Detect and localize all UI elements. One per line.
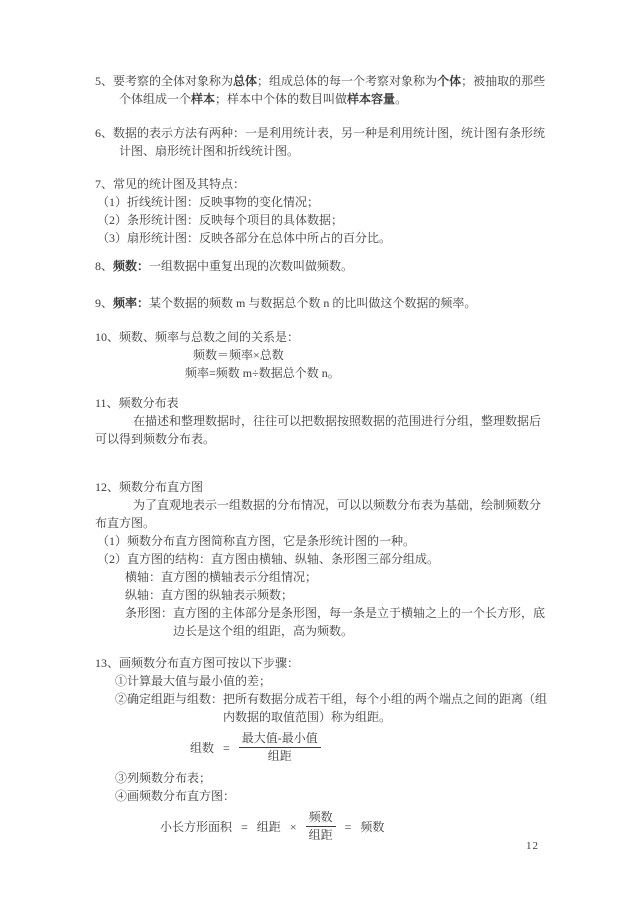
item-title: 画频数分布直方图可按以下步骤： [119, 656, 299, 670]
sub-point-1: （1）频数分布直方图简称直方图，它是条形统计图的一种。 [97, 532, 550, 550]
list-item-5: 5、要考察的全体对象称为总体；组成总体的每一个考察对象称为个体；被抽取的那些个体… [95, 72, 550, 108]
page-number: 12 [526, 837, 539, 855]
item-number: 9、 [95, 296, 113, 310]
step-2: ②确定组距与组数：把所有数据分成若干组，每个小组的两个端点之间的距离（组内数据的… [115, 690, 550, 726]
item-number: 11、 [95, 396, 119, 410]
list-item-6: 6、数据的表示方法有两种：一是利用统计表，另一种是利用统计图，统计图有条形统计图… [95, 124, 550, 160]
fraction-denominator: 组距 [306, 827, 336, 844]
item-text: 数据的表示方法有两种：一是利用统计表，另一种是利用统计图，统计图有条形统计图、扇… [113, 126, 545, 158]
step-3: ③列频数分布表； [115, 769, 550, 787]
axis-label: 横轴： [125, 570, 161, 584]
multiply-sign: × [290, 818, 297, 836]
fraction: 频数 组距 [306, 809, 336, 844]
list-item-12: 12、频数分布直方图 为了直观地表示一组数据的分布情况，可以以频数分布表为基础，… [95, 478, 550, 640]
item-number: 5、 [95, 74, 113, 88]
term-label: 频率： [113, 296, 149, 310]
item-title-line: 11、频数分布表 [95, 394, 550, 412]
item-title: 频数、频率与总数之间的关系是： [119, 330, 299, 344]
list-item-11: 11、频数分布表 在描述和整理数据时，往往可以把数据按照数据的范围进行分组，整理… [95, 394, 550, 448]
item-number: 13、 [95, 656, 119, 670]
item-title: 频数分布直方图 [119, 480, 203, 494]
axis-y-line: 纵轴：直方图的纵轴表示频数； [125, 586, 550, 604]
sub-point-2: （2）条形统计图：反映每个项目的具体数据； [97, 211, 550, 229]
item-number: 8、 [95, 259, 113, 273]
bar-label: 条形图： [125, 606, 173, 620]
bar-chart-line: 条形图：直方图的主体部分是条形图，每一条是立于横轴之上的一个长方形，底边长是这个… [125, 604, 550, 640]
axis-label: 纵轴： [125, 588, 161, 602]
rectangle-area-formula: 小长方形面积 = 组距 × 频数 组距 = 频数 [160, 809, 550, 844]
sub-point-3: （3）扇形统计图：反映各部分在总体中所占的百分比。 [97, 229, 550, 247]
sub-point-2: （2）直方图的结构：直方图由横轴、纵轴、条形图三部分组成。 [97, 550, 550, 568]
axis-text: 直方图的纵轴表示频数； [161, 588, 293, 602]
list-item-7: 7、常见的统计图及其特点： （1）折线统计图：反映事物的变化情况； （2）条形统… [95, 175, 550, 247]
item-text: 某个数据的频数 m 与数据总个数 n 的比叫做这个数据的频率。 [149, 296, 476, 310]
list-item-8: 8、频数：一组数据中重复出现的次数叫做频数。 [95, 257, 550, 275]
fraction: 最大值-最小值 组距 [239, 730, 321, 765]
equals-sign: = [241, 818, 248, 836]
item-title: 频数分布表 [119, 396, 179, 410]
formula-line-1: 频数＝频率×总数 [193, 346, 550, 364]
item-number: 6、 [95, 126, 113, 140]
step-label: ②确定组距与组数： [115, 692, 223, 706]
fraction-numerator: 最大值-最小值 [239, 730, 321, 748]
notes-content: 5、要考察的全体对象称为总体；组成总体的每一个考察对象称为个体；被抽取的那些个体… [95, 72, 550, 848]
item-title-line: 13、画频数分布直方图可按以下步骤： [95, 654, 550, 672]
formula-term: 组距 [257, 818, 281, 836]
document-page: 5、要考察的全体对象称为总体；组成总体的每一个考察对象称为个体；被抽取的那些个体… [0, 0, 640, 905]
item-number: 7、 [95, 177, 113, 191]
item-text: 要考察的全体对象称为总体；组成总体的每一个考察对象称为个体；被抽取的那些个体组成… [113, 74, 545, 106]
step-1: ①计算最大值与最小值的差； [115, 672, 550, 690]
step-text: 把所有数据分成若干组，每个小组的两个端点之间的距离（组内数据的取值范围）称为组距… [223, 692, 547, 724]
axis-x-line: 横轴：直方图的横轴表示分组情况； [125, 568, 550, 586]
item-title: 常见的统计图及其特点： [113, 177, 245, 191]
formula-line-2: 频率=频数 m÷数据总个数 n。 [185, 364, 550, 382]
group-count-formula: 组数 = 最大值-最小值 组距 [190, 730, 550, 765]
sub-point-1: （1）折线统计图：反映事物的变化情况； [97, 193, 550, 211]
fraction-denominator: 组距 [265, 748, 295, 765]
item-paragraph: 在描述和整理数据时，往往可以把数据按照数据的范围进行分组，整理数据后可以得到频数… [95, 412, 550, 448]
equals-sign: = [223, 739, 230, 757]
step-4: ④画频数分布直方图： [115, 787, 550, 805]
axis-text: 直方图的横轴表示分组情况； [161, 570, 317, 584]
bar-text: 直方图的主体部分是条形图，每一条是立于横轴之上的一个长方形，底边长是这个组的组距… [173, 606, 545, 638]
equals-sign: = [345, 818, 352, 836]
item-title-line: 12、频数分布直方图 [95, 478, 550, 496]
item-number: 12、 [95, 480, 119, 494]
formula-lhs: 组数 [190, 739, 214, 757]
formula-rhs: 频数 [360, 818, 384, 836]
item-number: 10、 [95, 330, 119, 344]
item-title-line: 10、频数、频率与总数之间的关系是： [95, 328, 550, 346]
formula-lhs: 小长方形面积 [160, 818, 232, 836]
item-paragraph: 为了直观地表示一组数据的分布情况，可以以频数分布表为基础，绘制频数分布直方图。 [95, 496, 550, 532]
item-title-line: 7、常见的统计图及其特点： [95, 175, 550, 193]
list-item-13: 13、画频数分布直方图可按以下步骤： ①计算最大值与最小值的差； ②确定组距与组… [95, 654, 550, 844]
fraction-numerator: 频数 [306, 809, 336, 827]
term-label: 频数： [113, 259, 149, 273]
list-item-9: 9、频率：某个数据的频数 m 与数据总个数 n 的比叫做这个数据的频率。 [95, 294, 550, 312]
list-item-10: 10、频数、频率与总数之间的关系是： 频数＝频率×总数 频率=频数 m÷数据总个… [95, 328, 550, 382]
item-text: 一组数据中重复出现的次数叫做频数。 [149, 259, 353, 273]
